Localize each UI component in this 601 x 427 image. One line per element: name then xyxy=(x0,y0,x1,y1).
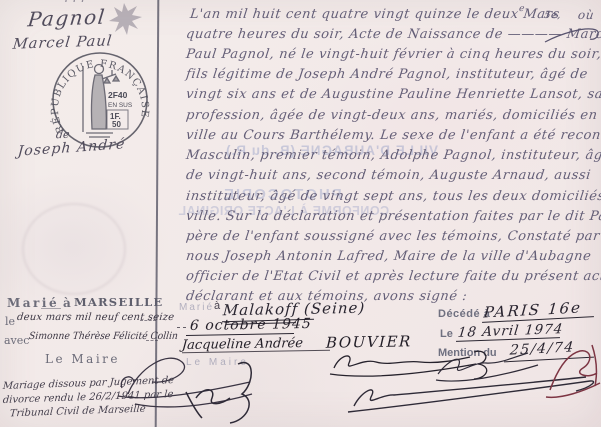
mention-date: 25/4/74 xyxy=(509,339,575,358)
manuscript-line: ville. Sur la déclaration et présentatio… xyxy=(185,209,601,224)
manuscript-line: père de l'enfant soussigné avec les témo… xyxy=(185,229,601,244)
manuscript-line: vingt six ans et de Augustine Pauline He… xyxy=(185,87,601,102)
manuscript-line: Paul Pagnol, né le vingt-huit février à … xyxy=(185,47,601,62)
at-label: à xyxy=(63,296,71,310)
manuscript-line: quatre heures du soir, Acte de Naissance… xyxy=(185,27,601,42)
arnaud-signature xyxy=(348,377,594,412)
pagnol-brace-signature xyxy=(186,363,251,423)
ghost-stamp-circle xyxy=(22,203,126,295)
manuscript-line: L'an mil huit cent quatre vingt quinze l… xyxy=(189,7,561,22)
manuscript-line: nous Joseph Antonin Lafred, Maire de la … xyxy=(185,249,592,264)
top-edge-digits: 111 xyxy=(62,0,102,2)
mention-label: Mention du xyxy=(438,347,497,359)
manuscript-line: fils légitime de Joseph André Pagnol, in… xyxy=(185,67,589,82)
manuscript-line: ville au Cours Barthélemy. Le sexe de l'… xyxy=(185,128,601,143)
marriage2-spouse-last: BOUVIER xyxy=(326,332,412,351)
filler-dashes xyxy=(140,320,156,321)
manuscript-line: de vingt-huit ans, second témoin, August… xyxy=(185,168,592,183)
interline-mark: 5e, xyxy=(543,10,562,21)
interline-mark: où xyxy=(577,8,595,22)
divorce-annotation-line: Tribunal Civil de Marseille xyxy=(9,404,146,420)
paraph-star-mark xyxy=(109,3,142,35)
mayor-label-ghost: Le Maire xyxy=(186,357,249,368)
filler-dashes xyxy=(146,340,158,341)
stamp-value-mid: EN SUS xyxy=(108,102,133,109)
mayor-label: Le Maire xyxy=(45,352,120,366)
le-label: le xyxy=(5,315,15,328)
manuscript-line: instituteur, âgé de vingt sept ans, tous… xyxy=(185,189,601,204)
margin-surname: Pagnol xyxy=(27,5,107,32)
manuscript-line: officier de l'Etat Civil et après lectur… xyxy=(185,269,601,284)
manuscript-line: profession, âgée de vingt-deux ans, mari… xyxy=(185,108,601,123)
stamp-value-top: 2F40 xyxy=(108,90,128,100)
document-page: 111 Pagnol Marcel Paul RÉPUBLIQUE FRANÇA… xyxy=(0,0,601,427)
with-label: avec xyxy=(4,334,29,347)
marriage2-date: 6 octobre 1945 xyxy=(190,316,313,334)
interline-mark: e xyxy=(518,4,525,14)
form-blank-line xyxy=(41,308,61,309)
margin-insert-small: de xyxy=(55,128,70,141)
manuscript-line: Masculin, premier témoin, Adolphe Pagnol… xyxy=(185,148,601,163)
married-label-ghost: Marié xyxy=(179,302,214,313)
marriage1-city: MARSEILLE xyxy=(74,295,163,309)
divorce-annotation-line: divorce rendu le 26/2/1941 par le xyxy=(2,389,173,406)
at-label: à xyxy=(214,300,220,312)
stamp-value-low2: 50 xyxy=(112,120,121,129)
death-le-label: Le xyxy=(440,328,453,340)
filler-dashes xyxy=(177,327,186,328)
margin-insert-names: Joseph André xyxy=(17,136,126,159)
marriage1-date: deux mars mil neuf cent seize xyxy=(16,312,174,323)
